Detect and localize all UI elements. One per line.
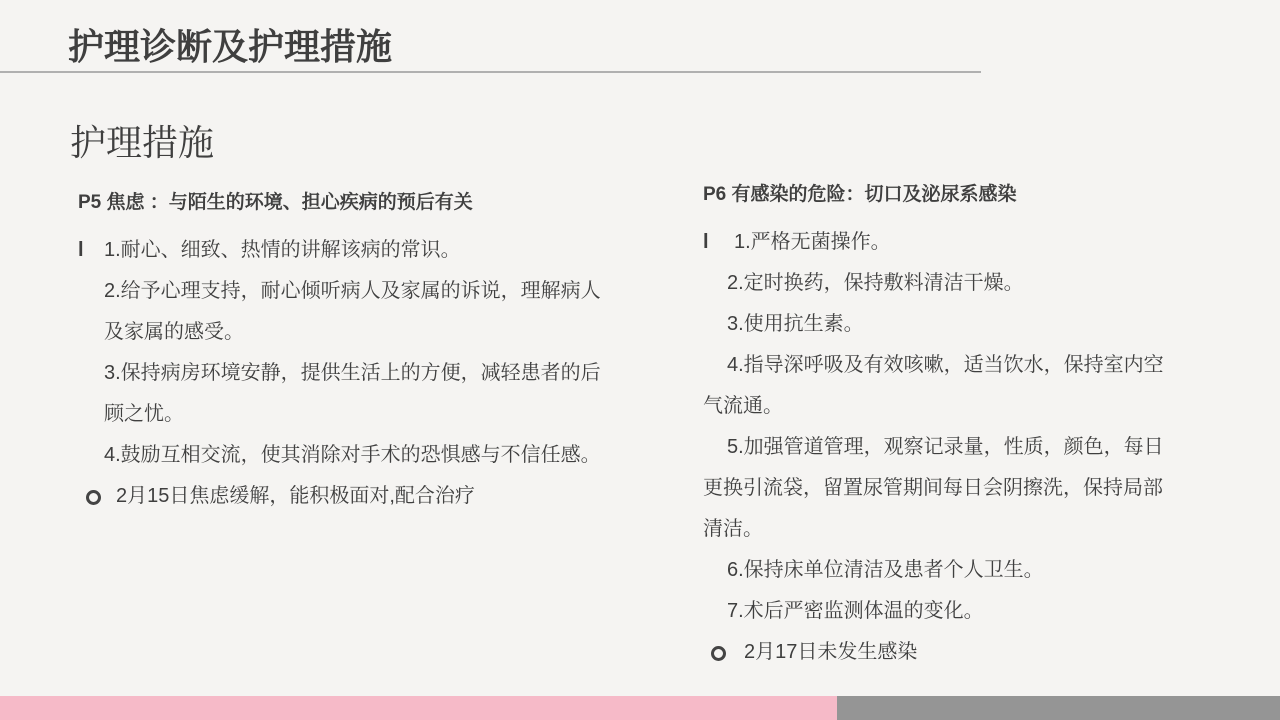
outcome-item: 2月17日未发生感染 xyxy=(703,632,1203,673)
footer-bar-pink xyxy=(0,696,837,720)
list-item: 及家属的感受。 xyxy=(78,312,648,353)
p5-heading: P5 焦虑 ：与陌生的环境、担心疾病的预后有关 xyxy=(78,188,648,218)
p6-heading: P6 有感染的危险：切口及泌尿系感染 xyxy=(703,180,1203,210)
left-column-p5: P5 焦虑 ：与陌生的环境、担心疾病的预后有关 l 1.耐心、细致、热情的讲解该… xyxy=(78,188,648,517)
list-item: 清洁。 xyxy=(703,509,1203,550)
circle-bullet-icon xyxy=(86,490,101,505)
right-column-p6: P6 有感染的危险：切口及泌尿系感染 l 1.严格无菌操作。 2.定时换药，保持… xyxy=(703,180,1203,673)
title-divider xyxy=(0,71,981,73)
list-item: 气流通。 xyxy=(703,386,1203,427)
list-item: 更换引流袋，留置尿管期间每日会阴擦洗，保持局部 xyxy=(703,468,1203,509)
list-item: 4.指导深呼吸及有效咳嗽，适当饮水，保持室内空 xyxy=(703,345,1203,386)
list-item: 5.加强管道管理，观察记录量，性质，颜色，每日 xyxy=(703,427,1203,468)
list-item: 4.鼓励互相交流，使其消除对手术的恐惧感与不信任感。 xyxy=(78,435,648,476)
section-subtitle: 护理措施 xyxy=(70,118,214,168)
circle-bullet-icon xyxy=(711,646,726,661)
bar-bullet-icon: l xyxy=(78,230,84,271)
list-item: 6.保持床单位清洁及患者个人卫生。 xyxy=(703,550,1203,591)
footer-bar-gray xyxy=(837,696,1280,720)
list-item: l 1.严格无菌操作。 xyxy=(703,222,1203,263)
slide-title: 护理诊断及护理措施 xyxy=(68,22,392,72)
list-item: 3.保持病房环境安静，提供生活上的方便，减轻患者的后 xyxy=(78,353,648,394)
bar-bullet-icon: l xyxy=(703,222,709,263)
list-item: 2.定时换药，保持敷料清洁干燥。 xyxy=(703,263,1203,304)
list-item: 顾之忧。 xyxy=(78,394,648,435)
list-item: 3.使用抗生素。 xyxy=(703,304,1203,345)
outcome-item: 2月15日焦虑缓解，能积极面对,配合治疗 xyxy=(78,476,648,517)
list-item: 2.给予心理支持，耐心倾听病人及家属的诉说，理解病人 xyxy=(78,271,648,312)
list-item: 7.术后严密监测体温的变化。 xyxy=(703,591,1203,632)
list-item: l 1.耐心、细致、热情的讲解该病的常识。 xyxy=(78,230,648,271)
